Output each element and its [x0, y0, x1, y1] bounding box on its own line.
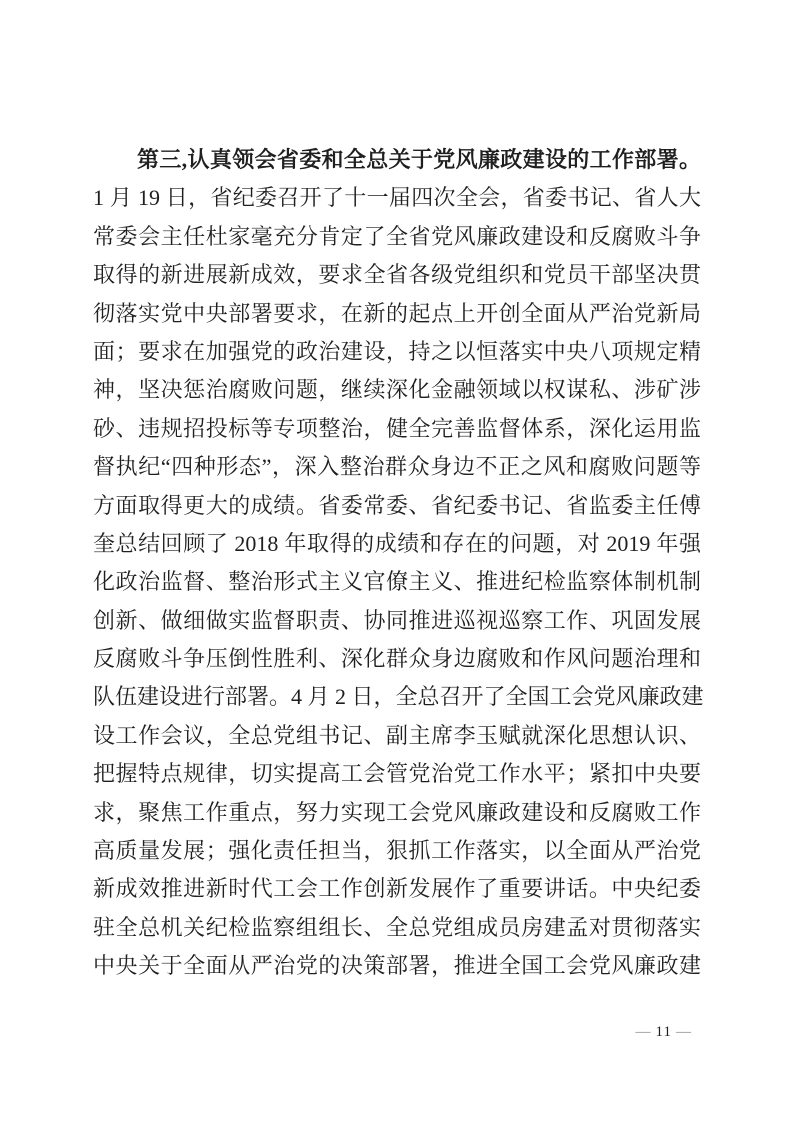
text-line: 把握特点规律，切实提高工会管党治党工作水平；紧扣中央要	[93, 755, 701, 793]
document-page: 第三,认真领会省委和全总关于党风廉政建设的工作部署。1 月 19 日，省纪委召开…	[0, 0, 793, 1122]
text-line: 求，聚焦工作重点，努力实现工会党风廉政建设和反腐败工作	[93, 794, 701, 832]
text-line: 高质量发展；强化责任担当，狠抓工作落实，以全面从严治党	[93, 832, 701, 870]
text-line: 取得的新进展新成效，要求全省各级党组织和党员干部坚决贯	[93, 256, 701, 294]
text-line: 奎总结回顾了 2018 年取得的成绩和存在的问题，对 2019 年强	[93, 525, 701, 563]
text-line: 常委会主任杜家毫充分肯定了全省党风廉政建设和反腐败斗争	[93, 218, 701, 256]
text-block: 第三,认真领会省委和全总关于党风廉政建设的工作部署。1 月 19 日，省纪委召开…	[93, 141, 701, 986]
text-line: 新成效推进新时代工会工作创新发展作了重要讲话。中央纪委	[93, 870, 701, 908]
text-line: 督执纪“四种形态”，深入整治群众身边不正之风和腐败问题等	[93, 448, 701, 486]
text-line: 创新、做细做实监督职责、协同推进巡视巡察工作、巩固发展	[93, 602, 701, 640]
page-number: —11—	[636, 1022, 692, 1042]
section-heading-line: 第三,认真领会省委和全总关于党风廉政建设的工作部署。	[93, 141, 701, 179]
text-line: 化政治监督、整治形式主义官僚主义、推进纪检监察体制机制	[93, 563, 701, 601]
text-line: 设工作会议，全总党组书记、副主席李玉赋就深化思想认识、	[93, 717, 701, 755]
text-line: 1 月 19 日，省纪委召开了十一届四次全会，省委书记、省人大	[93, 179, 701, 217]
text-line: 反腐败斗争压倒性胜利、深化群众身边腐败和作风问题治理和	[93, 640, 701, 678]
page-number-right-dash: —	[676, 1024, 692, 1040]
page-number-value: 11	[652, 1024, 676, 1040]
text-line: 彻落实党中央部署要求，在新的起点上开创全面从严治党新局	[93, 295, 701, 333]
text-line: 神，坚决惩治腐败问题，继续深化金融领域以权谋私、涉矿涉	[93, 371, 701, 409]
text-line: 驻全总机关纪检监察组组长、全总党组成员房建孟对贯彻落实	[93, 909, 701, 947]
page-number-left-dash: —	[636, 1024, 652, 1040]
text-line: 砂、违规招投标等专项整治，健全完善监督体系，深化运用监	[93, 410, 701, 448]
text-line: 面；要求在加强党的政治建设，持之以恒落实中央八项规定精	[93, 333, 701, 371]
text-line: 中央关于全面从严治党的决策部署，推进全国工会党风廉政建	[93, 947, 701, 985]
text-line: 队伍建设进行部署。4 月 2 日，全总召开了全国工会党风廉政建	[93, 678, 701, 716]
text-line: 方面取得更大的成绩。省委常委、省纪委书记、省监委主任傅	[93, 487, 701, 525]
